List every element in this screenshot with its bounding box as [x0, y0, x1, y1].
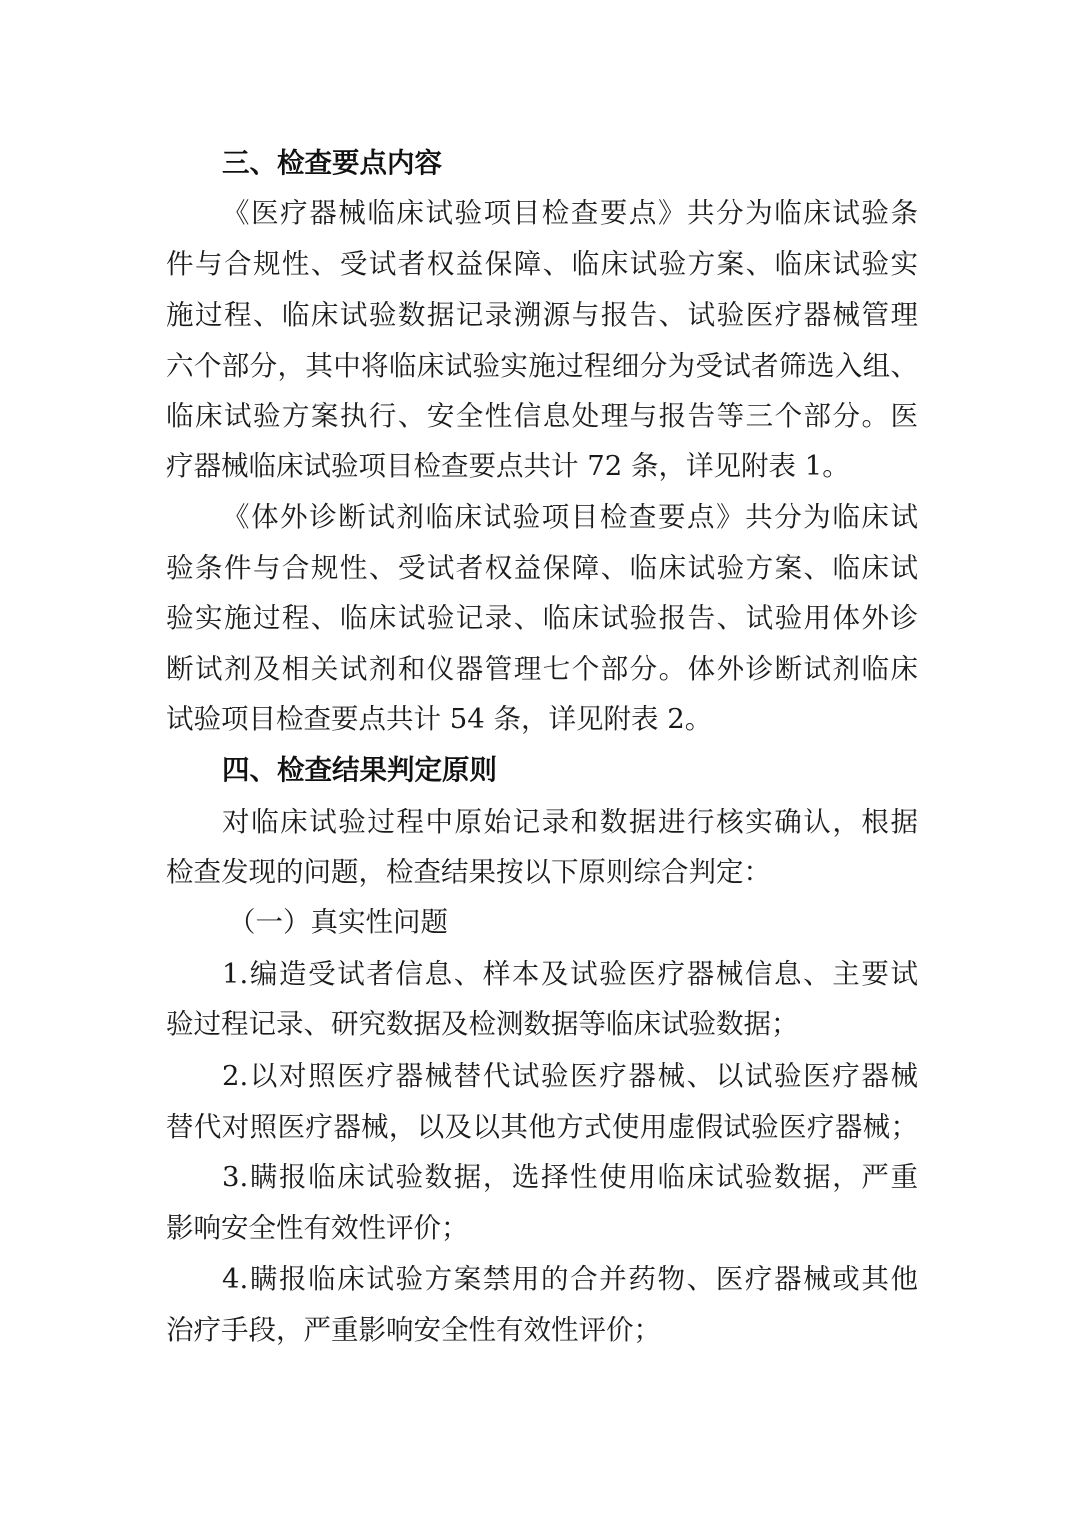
subsection-heading-authenticity: （一）真实性问题 — [228, 902, 448, 942]
paragraph-line: 断试剂及相关试剂和仪器管理七个部分。体外诊断试剂临床 — [166, 649, 918, 689]
list-item-line: 验过程记录、研究数据及检测数据等临床试验数据； — [166, 1004, 918, 1044]
paragraph-line: 临床试验方案执行、安全性信息处理与报告等三个部分。医 — [166, 396, 918, 436]
list-item-line: 3.瞒报临床试验数据，选择性使用临床试验数据，严重 — [222, 1157, 918, 1197]
list-item-line: 1.编造受试者信息、样本及试验医疗器械信息、主要试 — [222, 954, 918, 994]
section-heading-judgment-principles: 四、检查结果判定原则 — [222, 750, 497, 790]
paragraph-line: 施过程、临床试验数据记录溯源与报告、试验医疗器械管理 — [166, 295, 918, 335]
paragraph-line: 件与合规性、受试者权益保障、临床试验方案、临床试验实 — [166, 244, 918, 284]
section-heading-inspection-points: 三、检查要点内容 — [222, 143, 442, 183]
paragraph-line: 试验项目检查要点共计 54 条，详见附表 2。 — [166, 699, 918, 739]
paragraph-line: 《体外诊断试剂临床试验项目检查要点》共分为临床试 — [222, 497, 918, 537]
paragraph-line: 验实施过程、临床试验记录、临床试验报告、试验用体外诊 — [166, 598, 918, 638]
paragraph-line: 《医疗器械临床试验项目检查要点》共分为临床试验条 — [222, 193, 918, 233]
paragraph-line: 验条件与合规性、受试者权益保障、临床试验方案、临床试 — [166, 548, 918, 588]
list-item-line: 治疗手段，严重影响安全性有效性评价； — [166, 1310, 918, 1350]
paragraph-line: 对临床试验过程中原始记录和数据进行核实确认，根据 — [222, 802, 918, 842]
list-item-line: 影响安全性有效性评价； — [166, 1208, 918, 1248]
paragraph-line: 检查发现的问题，检查结果按以下原则综合判定： — [166, 852, 918, 892]
list-item-line: 替代对照医疗器械，以及以其他方式使用虚假试验医疗器械； — [166, 1107, 918, 1147]
paragraph-line: 六个部分，其中将临床试验实施过程细分为受试者筛选入组、 — [166, 346, 918, 386]
document-page: 三、检查要点内容 《医疗器械临床试验项目检查要点》共分为临床试验条 件与合规性、… — [0, 0, 1080, 1527]
list-item-line: 2.以对照医疗器械替代试验医疗器械、以试验医疗器械 — [222, 1056, 918, 1096]
list-item-line: 4.瞒报临床试验方案禁用的合并药物、医疗器械或其他 — [222, 1259, 918, 1299]
paragraph-line: 疗器械临床试验项目检查要点共计 72 条，详见附表 1。 — [166, 446, 918, 486]
